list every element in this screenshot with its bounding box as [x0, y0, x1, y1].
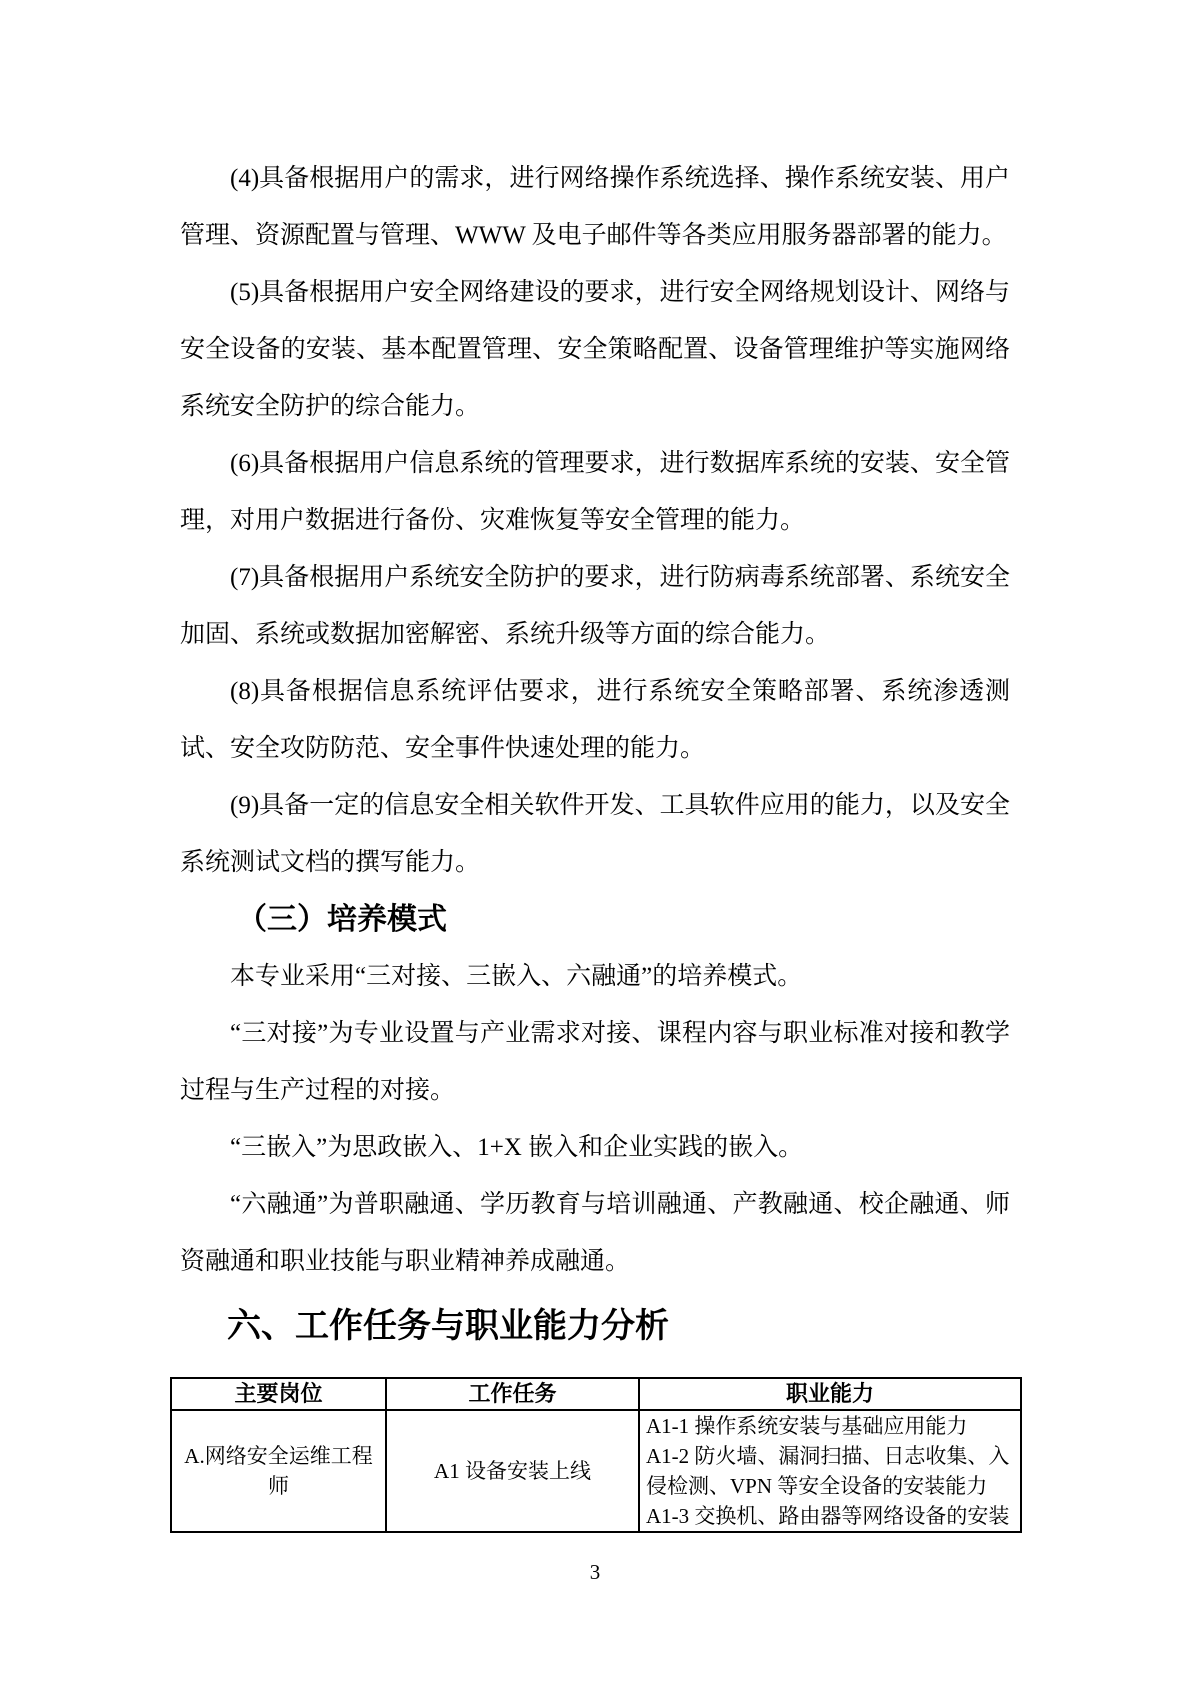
paragraph-training-mode-intro: 本专业采用“三对接、三嵌入、六融通”的培养模式。	[180, 948, 1010, 1005]
table-header-row: 主要岗位 工作任务 职业能力	[171, 1378, 1021, 1410]
ability-item: A1-3 交换机、路由器等网络设备的安装	[646, 1501, 1014, 1531]
paragraph-three-connections: “三对接”为专业设置与产业需求对接、课程内容与职业标准对接和教学过程与生产过程的…	[180, 1005, 1010, 1119]
table-header-task: 工作任务	[386, 1378, 639, 1410]
chapter-heading-tasks-abilities: 六、工作任务与职业能力分析	[180, 1302, 1010, 1352]
document-page: (4)具备根据用户的需求，进行网络操作系统选择、操作系统安装、用户管理、资源配置…	[0, 0, 1191, 1684]
paragraph-six-integrations: “六融通”为普职融通、学历教育与培训融通、产教融通、校企融通、师资融通和职业技能…	[180, 1176, 1010, 1290]
cell-task: A1 设备安装上线	[386, 1410, 639, 1532]
paragraph-ability-4: (4)具备根据用户的需求，进行网络操作系统选择、操作系统安装、用户管理、资源配置…	[180, 150, 1010, 264]
paragraph-ability-8: (8)具备根据信息系统评估要求，进行系统安全策略部署、系统渗透测试、安全攻防防范…	[180, 663, 1010, 777]
paragraph-three-embeddings: “三嵌入”为思政嵌入、1+X 嵌入和企业实践的嵌入。	[180, 1119, 1010, 1176]
table-row: A.网络安全运维工程师 A1 设备安装上线 A1-1 操作系统安装与基础应用能力…	[171, 1410, 1021, 1532]
table-header-position: 主要岗位	[171, 1378, 386, 1410]
section-heading-training-mode: （三）培养模式	[180, 891, 1010, 948]
paragraph-ability-9: (9)具备一定的信息安全相关软件开发、工具软件应用的能力，以及安全系统测试文档的…	[180, 777, 1010, 891]
table-header-ability: 职业能力	[639, 1378, 1021, 1410]
cell-position: A.网络安全运维工程师	[171, 1410, 386, 1532]
ability-item: A1-1 操作系统安装与基础应用能力	[646, 1411, 1014, 1441]
paragraph-ability-5: (5)具备根据用户安全网络建设的要求，进行安全网络规划设计、网络与安全设备的安装…	[180, 264, 1010, 435]
page-number: 3	[180, 1557, 1010, 1587]
paragraph-ability-6: (6)具备根据用户信息系统的管理要求，进行数据库系统的安装、安全管理，对用户数据…	[180, 435, 1010, 549]
ability-item: A1-2 防火墙、漏洞扫描、日志收集、入侵检测、VPN 等安全设备的安装能力	[646, 1441, 1014, 1501]
paragraph-ability-7: (7)具备根据用户系统安全防护的要求，进行防病毒系统部署、系统安全加固、系统或数…	[180, 549, 1010, 663]
task-ability-analysis-table: 主要岗位 工作任务 职业能力 A.网络安全运维工程师 A1 设备安装上线 A1-…	[170, 1377, 1022, 1533]
cell-abilities: A1-1 操作系统安装与基础应用能力 A1-2 防火墙、漏洞扫描、日志收集、入侵…	[639, 1410, 1021, 1532]
